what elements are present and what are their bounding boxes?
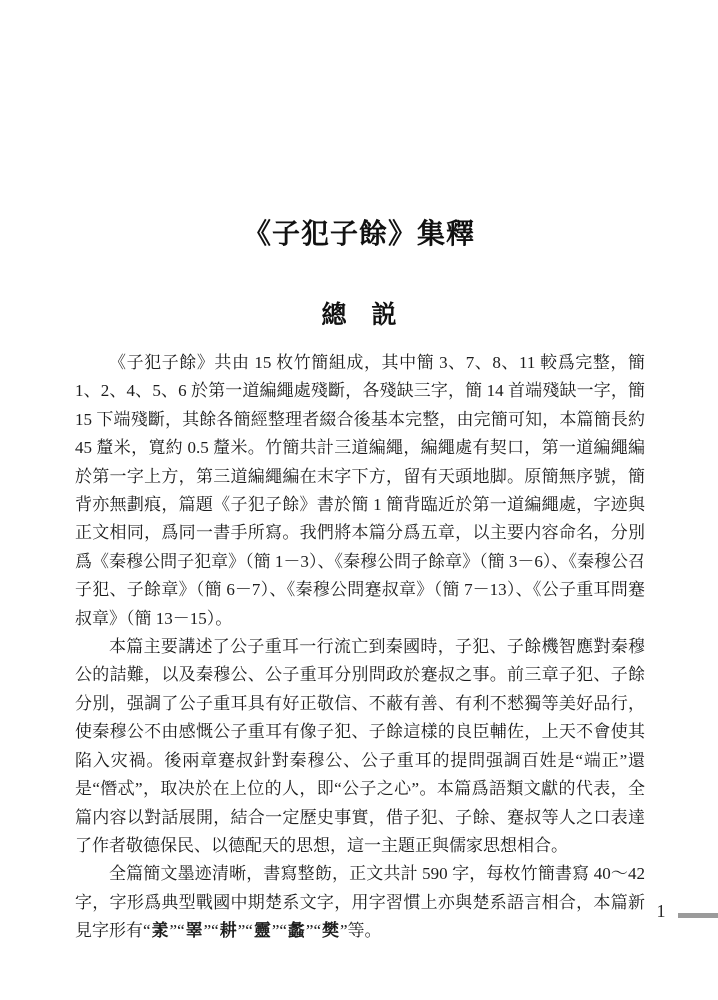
- ancient-chu-glyph: 靈: [253, 921, 272, 941]
- text-run: ”“: [306, 921, 321, 940]
- ancient-chu-glyph: 耕: [219, 921, 238, 941]
- paragraph: 本篇主要講述了公子重耳一行流亡到秦國時，子犯、子餘機智應對秦穆公的詰難，以及秦穆…: [75, 633, 645, 860]
- text-run: ”等。: [340, 921, 382, 940]
- section-heading: 總 説: [0, 295, 718, 331]
- margin-bar: [678, 913, 718, 918]
- page-number: 1: [650, 901, 672, 922]
- book-page: 《子犯子餘》集釋 總 説 《子犯子餘》共由 15 枚竹簡組成，其中簡 3、7、8…: [0, 0, 718, 1000]
- text-run: ”“: [204, 921, 219, 940]
- text-run: ”“: [170, 921, 185, 940]
- paragraph: 《子犯子餘》共由 15 枚竹簡組成，其中簡 3、7、8、11 較爲完整，簡 1、…: [75, 349, 645, 633]
- body-text: 《子犯子餘》共由 15 枚竹簡組成，其中簡 3、7、8、11 較爲完整，簡 1、…: [75, 349, 645, 946]
- ancient-chu-glyph: 羕: [151, 921, 170, 941]
- paragraph: 全篇簡文墨迹清晰，書寫整飭，正文共計 590 字，每枚竹簡書寫 40～42 字，…: [75, 860, 645, 945]
- page-title: 《子犯子餘》集釋: [0, 212, 718, 252]
- ancient-chu-glyph: 睪: [185, 921, 204, 941]
- ancient-chu-glyph: 蠡: [287, 921, 306, 941]
- text-run: ”“: [238, 921, 253, 940]
- text-run: ”“: [272, 921, 287, 940]
- text-run: 《子犯子餘》共由 15 枚竹簡組成，其中簡 3、7、8、11 較爲完整，簡 1、…: [75, 353, 645, 628]
- text-run: 本篇主要講述了公子重耳一行流亡到秦國時，子犯、子餘機智應對秦穆公的詰難，以及秦穆…: [75, 637, 645, 855]
- ancient-chu-glyph: 樊: [321, 921, 340, 941]
